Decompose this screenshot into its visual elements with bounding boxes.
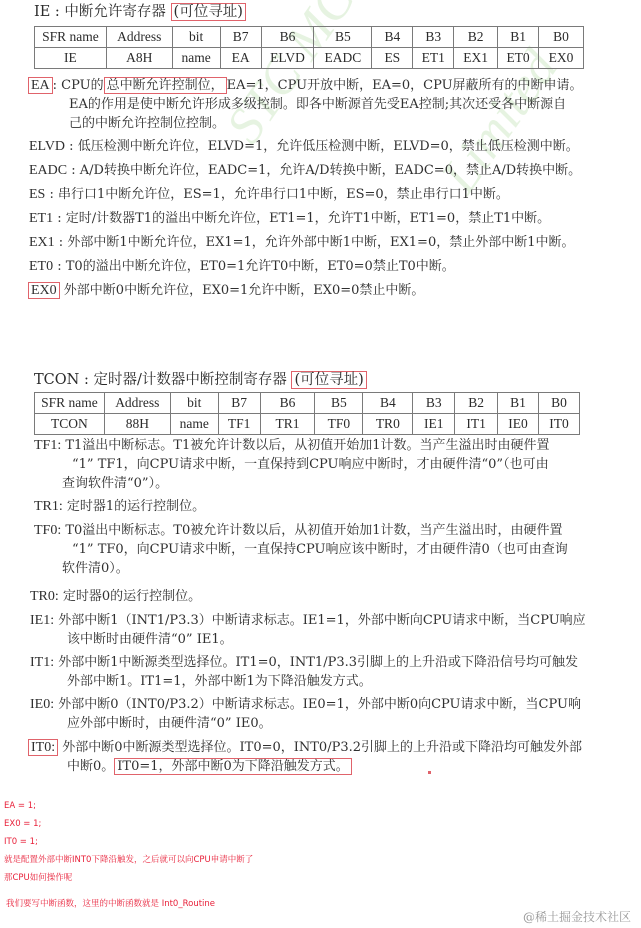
tcon-bit-ie1: IE1: 外部中断1（INT1/P3.3）中断请求标志。IE1=1，外部中断向C…	[30, 611, 586, 649]
header-cell: B3	[413, 27, 454, 48]
bit-ea-sep: : CPU的	[53, 78, 104, 93]
bit-it1-line2: 外部中断1。IT1=1，外部中断1为下降沿触发方式。	[30, 672, 578, 691]
bit-et1-text: : 定时/计数器T1的溢出中断允许位，ET1=1，允许T1中断，ET1=0，禁止…	[53, 211, 550, 226]
header-cell: B0	[539, 27, 584, 48]
note-line-ea: EA = 1;	[4, 800, 36, 812]
value-cell: IE1	[413, 414, 455, 435]
value-cell: EX0	[539, 48, 584, 69]
table-header-row: SFR name Address bit B7 B6 B5 B4 B3 B2 B…	[35, 27, 584, 48]
bit-eadc-text: : A/D转换中断允许位，EADC=1，允许A/D转换中断，EADC=0，禁止A…	[67, 163, 581, 178]
header-cell: B5	[315, 393, 363, 414]
value-cell: name	[172, 48, 220, 69]
header-cell: SFR name	[35, 27, 107, 48]
ie-bit-et0: ET0 : T0的溢出中断允许位，ET0=1允许T0中断，ET0=0禁止T0中断…	[29, 257, 455, 276]
bit-it0-line2-prefix: 中断0。	[67, 759, 114, 774]
bit-tf0-line2: “1” TF0，向CPU请求中断，一直保持CPU响应该中断时，才由硬件清0（也可…	[34, 540, 568, 559]
red-dot-mark	[428, 771, 431, 774]
bit-tf1-line3: 查询软件清“0”）。	[34, 474, 550, 493]
bit-ea-highlight: 总中断允许控制位，	[104, 77, 227, 94]
bit-ie1-line1: 外部中断1（INT1/P3.3）中断请求标志。IE1=1，外部中断向CPU请求中…	[54, 613, 586, 628]
bit-label-it1: IT1:	[30, 655, 54, 670]
bit-label-eadc: EADC	[29, 163, 67, 178]
header-cell: B4	[372, 27, 413, 48]
bit-tf0-line1: T0溢出中断标志。T0被允许计数以后，从初值开始加1计数，当产生溢出时，由硬件置	[61, 523, 562, 538]
tcon-bit-tr1: TR1: 定时器1的运行控制位。	[34, 497, 205, 516]
header-cell: B3	[413, 393, 455, 414]
value-cell: ES	[372, 48, 413, 69]
value-cell: A8H	[106, 48, 172, 69]
bit-ex1-text: : 外部中断1中断允许位，EX1=1，允许外部中断1中断，EX1=0，禁止外部中…	[55, 235, 575, 250]
header-cell: B5	[314, 27, 372, 48]
ie-bit-ex0: EX0 外部中断0中断允许位，EX0=1允许中断，EX0=0禁止中断。	[28, 281, 424, 300]
tcon-bit-tf1: TF1: T1溢出中断标志。T1被允许计数以后，从初值开始加1计数。当产生溢出时…	[34, 436, 550, 493]
header-cell: B7	[220, 27, 261, 48]
bit-it0-highlight: IT0=1，外部中断0为下降沿触发方式。	[114, 758, 352, 775]
ie-register-table: SFR name Address bit B7 B6 B5 B4 B3 B2 B…	[34, 26, 584, 69]
bit-es-text: : 串行口1中断允许位，ES=1，允许串行口1中断，ES=0，禁止串行口1中断。	[45, 187, 509, 202]
value-cell: TCON	[35, 414, 105, 435]
bit-ea-line3: 己的中断允许控制位控制。	[28, 114, 583, 133]
header-cell: B2	[454, 27, 498, 48]
tcon-title-bit-addressable: (可位寻址)	[291, 371, 366, 389]
ie-title-prefix: IE : 中断允许寄存器	[34, 4, 166, 20]
bit-label-ie0: IE0:	[30, 697, 54, 712]
value-cell: 88H	[104, 414, 170, 435]
header-cell: Address	[104, 393, 170, 414]
ie-bit-eadc: EADC : A/D转换中断允许位，EADC=1，允许A/D转换中断，EADC=…	[29, 161, 581, 180]
value-cell: IE	[35, 48, 107, 69]
bit-label-et0: ET0	[29, 259, 53, 274]
tcon-register-table: SFR name Address bit B7 B6 B5 B4 B3 B2 B…	[34, 392, 580, 435]
footer-credit: @稀土掘金技术社区	[523, 908, 631, 925]
header-cell: B2	[455, 393, 498, 414]
value-cell: TR1	[260, 414, 315, 435]
value-cell: IT0	[538, 414, 579, 435]
ie-bit-et1: ET1 : 定时/计数器T1的溢出中断允许位，ET1=1，允许T1中断，ET1=…	[29, 209, 550, 228]
bit-label-tf0: TF0:	[34, 523, 61, 538]
bit-label-et1: ET1	[29, 211, 53, 226]
bit-label-ie1: IE1:	[30, 613, 54, 628]
bit-ea-line2: EA的作用是使中断允许形成多级控制。即各中断源首先受EA控制;其次还受各中断源自	[28, 95, 583, 114]
value-cell: name	[170, 414, 218, 435]
tcon-bit-ie0: IE0: 外部中断0（INT0/P3.2）中断请求标志。IE0=1，外部中断0向…	[30, 695, 581, 733]
ie-section-title: IE : 中断允许寄存器 (可位寻址)	[34, 2, 246, 22]
tcon-bit-tr0: TR0: 定时器0的运行控制位。	[30, 587, 201, 606]
bit-ea-text: EA=1，CPU开放中断，EA=0，CPU屏蔽所有的中断申请。	[227, 78, 583, 93]
value-cell: ET1	[413, 48, 454, 69]
tcon-title-prefix: TCON : 定时器/计数器中断控制寄存器	[34, 372, 287, 388]
bit-it1-line1: 外部中断1中断源类型选择位。IT1=0，INT1/P3.3引脚上的上升沿或下降沿…	[54, 655, 578, 670]
note-line-it0: IT0 = 1;	[4, 836, 38, 848]
bit-ie0-line1: 外部中断0（INT0/P3.2）中断请求标志。IE0=1，外部中断0向CPU请求…	[54, 697, 581, 712]
note-line-explain: 就是配置外部中断INT0下降沿触发，之后就可以向CPU申请中断了	[4, 854, 253, 866]
table-row: TCON 88H name TF1 TR1 TF0 TR0 IE1 IT1 IE…	[35, 414, 580, 435]
bit-tr1-line1: 定时器1的运行控制位。	[63, 499, 205, 514]
ie-bit-ea: EA: CPU的总中断允许控制位，EA=1，CPU开放中断，EA=0，CPU屏蔽…	[28, 76, 583, 133]
header-cell: bit	[172, 27, 220, 48]
header-cell: bit	[170, 393, 218, 414]
bit-ex0-text: 外部中断0中断允许位，EX0=1允许中断，EX0=0禁止中断。	[60, 283, 425, 298]
value-cell: ELVD	[261, 48, 314, 69]
ie-bit-ex1: EX1 : 外部中断1中断允许位，EX1=1，允许外部中断1中断，EX1=0，禁…	[29, 233, 575, 252]
bit-label-tr0: TR0:	[30, 589, 59, 604]
bit-it0-line1: 外部中断0中断源类型选择位。IT0=0，INT0/P3.2引脚上的上升沿或下降沿…	[58, 740, 582, 755]
ie-bit-es: ES : 串行口1中断允许位，ES=1，允许串行口1中断，ES=0，禁止串行口1…	[29, 185, 509, 204]
header-cell: B6	[261, 27, 314, 48]
value-cell: TF0	[315, 414, 363, 435]
bit-label-elvd: ELVD	[29, 139, 65, 154]
table-header-row: SFR name Address bit B7 B6 B5 B4 B3 B2 B…	[35, 393, 580, 414]
ie-title-bit-addressable: (可位寻址)	[171, 3, 246, 21]
bit-tf1-line1: T1溢出中断标志。T1被允许计数以后，从初值开始加1计数。当产生溢出时由硬件置	[61, 438, 549, 453]
value-cell: IT1	[455, 414, 498, 435]
value-cell: EADC	[314, 48, 372, 69]
header-cell: B1	[498, 27, 539, 48]
value-cell: EA	[220, 48, 261, 69]
value-cell: ET0	[498, 48, 539, 69]
tcon-bit-it1: IT1: 外部中断1中断源类型选择位。IT1=0，INT1/P3.3引脚上的上升…	[30, 653, 578, 691]
bit-tf0-line3: 软件清0）。	[34, 559, 568, 578]
tcon-section-title: TCON : 定时器/计数器中断控制寄存器 (可位寻址)	[34, 370, 367, 390]
bit-elvd-text: : 低压检测中断允许位，ELVD=1，允许低压检测中断，ELVD=0，禁止低压检…	[65, 139, 579, 154]
bit-label-ex0: EX0	[28, 282, 60, 299]
value-cell: EX1	[454, 48, 498, 69]
header-cell: B4	[363, 393, 413, 414]
bit-label-tf1: TF1:	[34, 438, 61, 453]
bit-label-ea: EA	[28, 77, 53, 94]
value-cell: TF1	[218, 414, 260, 435]
bit-label-ex1: EX1	[29, 235, 55, 250]
bit-tf1-line2: “1” TF1，向CPU请求中断，一直保持到CPU响应中断时，才由硬件清“0”（…	[34, 455, 550, 474]
bit-label-tr1: TR1:	[34, 499, 63, 514]
table-row: IE A8H name EA ELVD EADC ES ET1 EX1 ET0 …	[35, 48, 584, 69]
tcon-bit-tf0: TF0: T0溢出中断标志。T0被允许计数以后，从初值开始加1计数，当产生溢出时…	[34, 521, 568, 578]
header-cell: Address	[106, 27, 172, 48]
bit-ie0-line2: 应外部中断时，由硬件清“0” IE0。	[30, 714, 581, 733]
note-line-question: 那CPU如何操作呢	[4, 872, 72, 884]
header-cell: SFR name	[35, 393, 105, 414]
bit-et0-text: : T0的溢出中断允许位，ET0=1允许T0中断，ET0=0禁止T0中断。	[53, 259, 455, 274]
header-cell: B0	[538, 393, 579, 414]
note-line-routine: 我们要写中断函数，这里的中断函数就是 Int0_Routine	[6, 898, 215, 910]
ie-bit-elvd: ELVD : 低压检测中断允许位，ELVD=1，允许低压检测中断，ELVD=0，…	[29, 137, 579, 156]
header-cell: B1	[498, 393, 539, 414]
bit-tr0-line1: 定时器0的运行控制位。	[59, 589, 201, 604]
value-cell: TR0	[363, 414, 413, 435]
note-line-ex0: EX0 = 1;	[4, 818, 41, 830]
value-cell: IE0	[498, 414, 539, 435]
header-cell: B7	[218, 393, 260, 414]
bit-label-es: ES	[29, 187, 45, 202]
tcon-bit-it0: IT0: 外部中断0中断源类型选择位。IT0=0，INT0/P3.2引脚上的上升…	[28, 738, 582, 776]
bit-ie1-line2: 该中断时由硬件清“0” IE1。	[30, 630, 586, 649]
header-cell: B6	[260, 393, 315, 414]
bit-label-it0: IT0:	[28, 739, 58, 756]
